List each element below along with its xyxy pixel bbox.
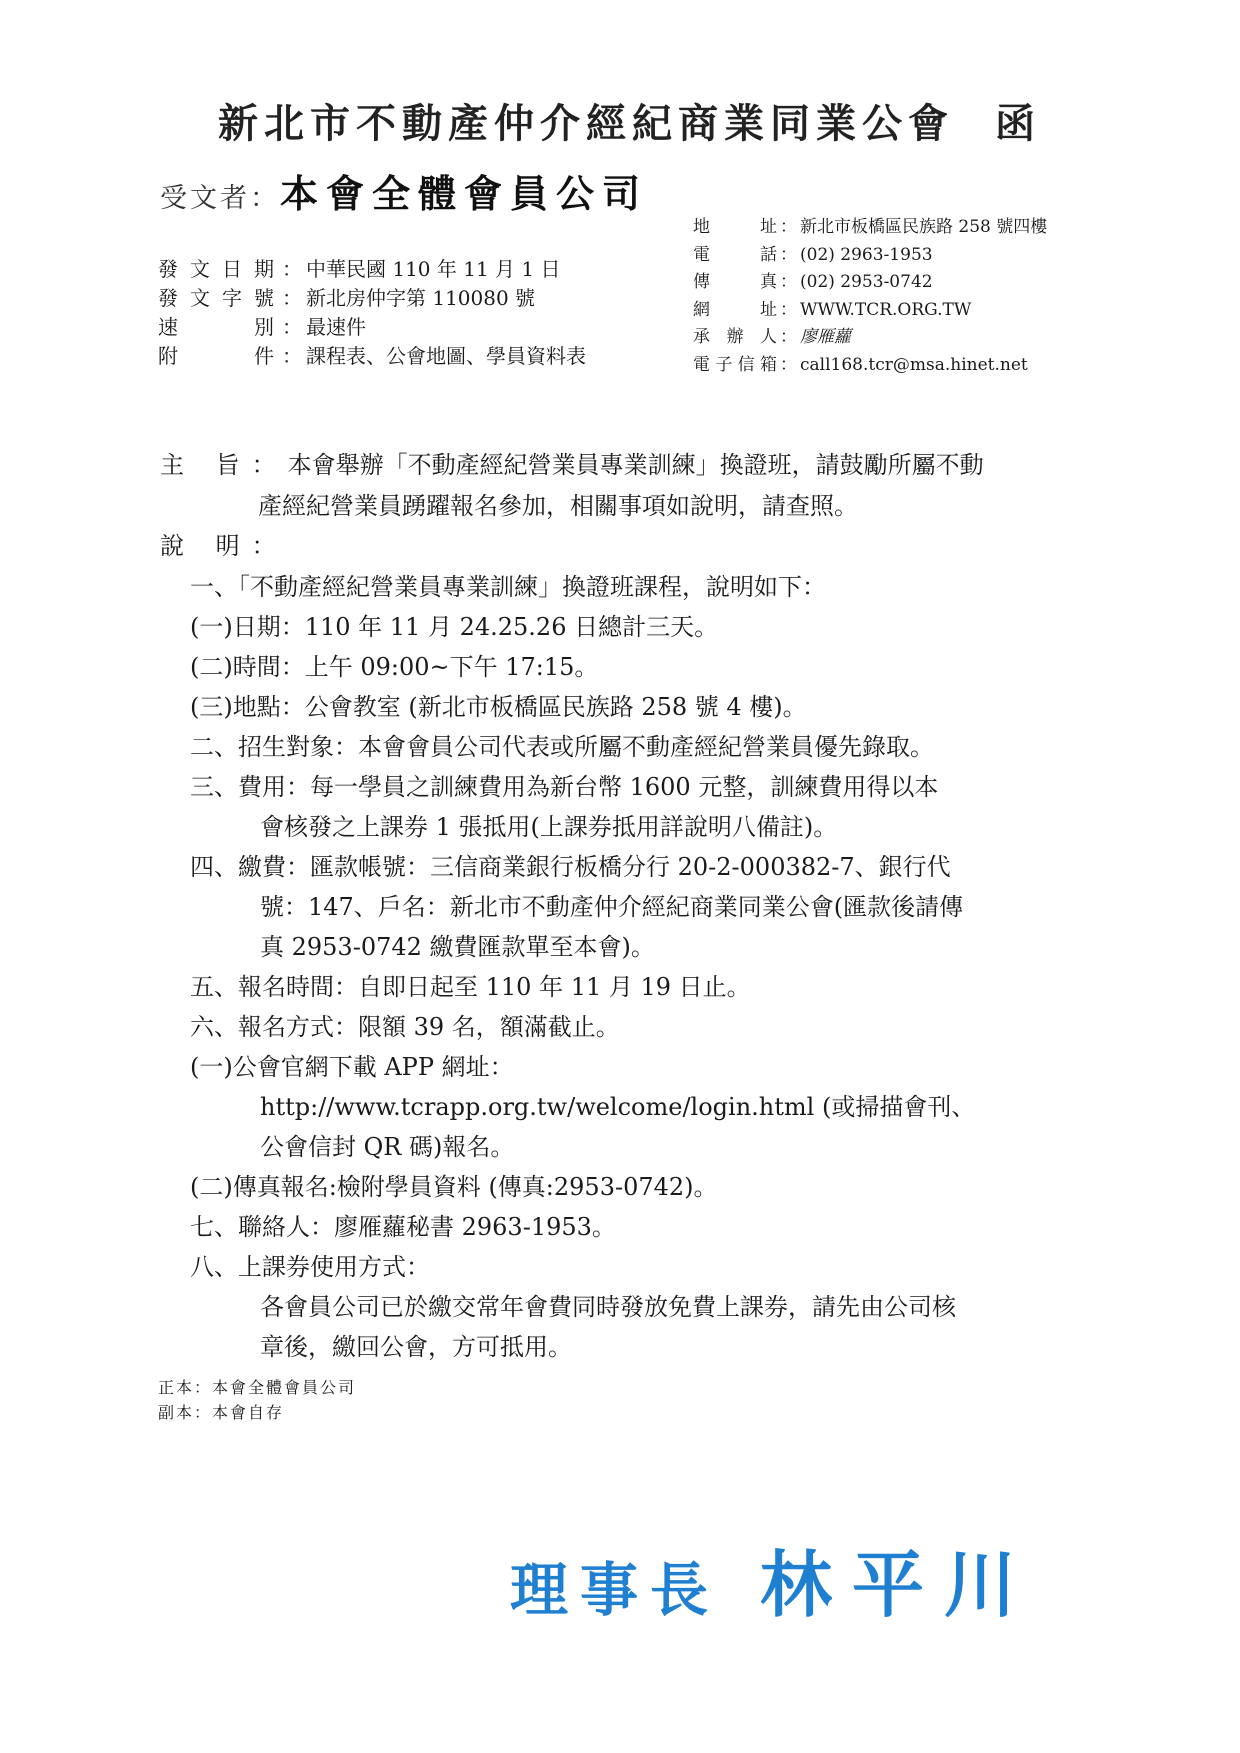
explanation-line: 三、費用：每一學員之訓練費用為新台幣 1600 元整，訓練費用得以本 xyxy=(190,767,938,802)
explanation-line: 會核發之上課券 1 張抵用(上課券抵用詳說明八備註)。 xyxy=(260,807,837,842)
explanation-line: 七、聯絡人：廖雁蘿秘書 2963-1953。 xyxy=(190,1207,616,1242)
document-type: 函 xyxy=(995,92,1035,149)
subject-line-1: 本會舉辦「不動產經紀營業員專業訓練」換證班，請鼓勵所屬不動 xyxy=(288,451,984,479)
explanation-line: 八、上課券使用方式： xyxy=(190,1247,430,1282)
recipient-label: 受文者： xyxy=(160,183,280,214)
explanation-line: (二)時間：上午 09:00~下午 17:15。 xyxy=(190,647,598,682)
explanation-line: 號：147、戶名：新北市不動產仲介經紀商業同業公會(匯款後請傳 xyxy=(260,887,963,922)
contact-email: 電子信箱：call168.tcr@msa.hinet.net xyxy=(693,352,1047,380)
subject-line-2: 產經紀營業員踴躍報名參加，相關事項如說明，請查照。 xyxy=(160,486,984,527)
contact-handler: 承辦人：廖雁蘿 xyxy=(693,324,1047,352)
explanation-line: 四、繳費：匯款帳號：三信商業銀行板橋分行 20-2-000382-7、銀行代 xyxy=(190,847,951,882)
explanation-line: (二)傳真報名:檢附學員資料 (傳真:2953-0742)。 xyxy=(190,1167,718,1202)
explanation-line: 真 2953-0742 繳費匯款單至本會)。 xyxy=(260,927,655,962)
contact-info: 地址：新北市板橋區民族路 258 號四樓 電話：(02) 2963-1953 傳… xyxy=(693,214,1047,379)
signature-title: 理事長 xyxy=(510,1556,720,1624)
chairman-signature: 理事長林平川 xyxy=(510,1527,1036,1631)
subject: 主 旨：本會舉辦「不動產經紀營業員專業訓練」換證班，請鼓勵所屬不動 產經紀營業員… xyxy=(160,445,984,527)
explanation-line: 一、「不動產經紀營業員專業訓練」換證班課程，說明如下： xyxy=(190,567,826,602)
signature-name: 林平川 xyxy=(760,1543,1036,1627)
explanation-line: 二、招生對象：本會會員公司代表或所屬不動產經紀營業員優先錄取。 xyxy=(190,727,934,762)
copy-recipient: 副本：本會自存 xyxy=(158,1400,356,1425)
recipient-value: 本會全體會員公司 xyxy=(280,172,648,216)
explanation-line: 章後，繳回公會，方可抵用。 xyxy=(260,1327,572,1362)
contact-phone: 電話：(02) 2963-1953 xyxy=(693,242,1047,270)
registration-url[interactable]: http://www.tcrapp.org.tw/welcome/login.h… xyxy=(260,1087,975,1122)
distribution-list: 正本：本會全體會員公司 副本：本會自存 xyxy=(158,1375,356,1425)
meta-row-date: 發文日期：中華民國 110 年 11 月 1 日 xyxy=(158,255,586,284)
explanation-line: (三)地點：公會教室 (新北市板橋區民族路 258 號 4 樓)。 xyxy=(190,687,807,722)
explanation-line: (一)公會官網下載 APP 網址： xyxy=(190,1047,514,1082)
explanation-line: 公會信封 QR 碼)報名。 xyxy=(260,1127,514,1162)
explanation-line: 五、報名時間：自即日起至 110 年 11 月 19 日止。 xyxy=(190,967,751,1002)
meta-row-number: 發文字號：新北房仲字第 110080 號 xyxy=(158,284,586,313)
explanation-label: 說 明： xyxy=(160,526,288,567)
subject-label: 主 旨： xyxy=(160,451,288,479)
meta-row-attachments: 附件：課程表、公會地圖、學員資料表 xyxy=(158,342,586,371)
contact-website: 網址：WWW.TCR.ORG.TW xyxy=(693,297,1047,325)
organization-title: 新北市不動產仲介經紀商業同業公會 xyxy=(218,92,954,149)
explanation-line: (一)日期：110 年 11 月 24.25.26 日總計三天。 xyxy=(190,607,718,642)
contact-address: 地址：新北市板橋區民族路 258 號四樓 xyxy=(693,214,1047,242)
meta-row-priority: 速別：最速件 xyxy=(158,313,586,342)
contact-fax: 傳真：(02) 2953-0742 xyxy=(693,269,1047,297)
document-meta: 發文日期：中華民國 110 年 11 月 1 日 發文字號：新北房仲字第 110… xyxy=(158,255,586,371)
explanation-line: 六、報名方式：限額 39 名，額滿截止。 xyxy=(190,1007,620,1042)
original-recipient: 正本：本會全體會員公司 xyxy=(158,1375,356,1400)
explanation-line: 各會員公司已於繳交常年會費同時發放免費上課券，請先由公司核 xyxy=(260,1287,956,1322)
recipient: 受文者：本會全體會員公司 xyxy=(160,163,648,218)
